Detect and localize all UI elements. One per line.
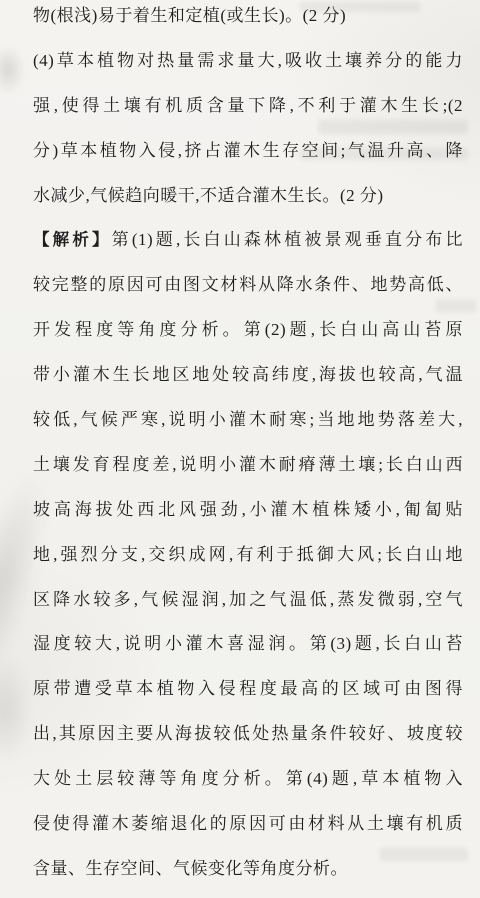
text-line: 侵使得灌木萎缩退化的原因可由材料从土壤有机质	[33, 802, 463, 847]
text-line: 带小灌木生长地区地处较高纬度,海拔也较高,气温	[33, 353, 463, 398]
text-line: 较完整的原因可由图文材料从降水条件、地势高低、	[33, 263, 463, 308]
answer-text-column: 物(根浅)易于着生和定植(或生长)。(2 分) (4)草本植物对热量需求量大,吸…	[33, 0, 463, 892]
text-line: (4)草本植物对热量需求量大,吸收土壤养分的能力	[33, 39, 463, 84]
text-line: 大处土层较薄等角度分析。第(4)题,草本植物入	[33, 757, 463, 802]
text-line: 地,强烈分支,交织成网,有利于抵御大风;长白山地	[33, 533, 463, 578]
scan-smudge	[0, 38, 30, 102]
text-line: 水减少,气候趋向暖干,不适合灌木生长。(2 分)	[33, 174, 463, 219]
text-line: 分)草本植物入侵,挤占灌木生存空间;气温升高、降	[33, 129, 463, 174]
text-line: 含量、生存空间、气候变化等角度分析。	[33, 847, 463, 892]
scanned-answer-page: 物(根浅)易于着生和定植(或生长)。(2 分) (4)草本植物对热量需求量大,吸…	[0, 0, 480, 898]
text-line: 开发程度等角度分析。第(2)题,长白山高山苔原	[33, 308, 463, 353]
text-line: 湿度较大,说明小灌木喜湿润。第(3)题,长白山苔	[33, 622, 463, 667]
text-line-analysis-start: 【解析】第(1)题,长白山森林植被景观垂直分布比	[33, 218, 463, 263]
analysis-label: 【解析】	[33, 231, 112, 249]
text-line: 区降水较多,气候湿润,加之气温低,蒸发微弱,空气	[33, 578, 463, 623]
text-line: 较低,气候严寒,说明小灌木耐寒;当地地势落差大,	[33, 398, 463, 443]
text-line: 强,使得土壤有机质含量下降,不利于灌木生长;(2	[33, 84, 463, 129]
text-line: 原带遭受草本植物入侵程度最高的区域可由图得	[33, 667, 463, 712]
text-line: 物(根浅)易于着生和定植(或生长)。(2 分)	[33, 0, 463, 39]
text-line: 土壤发育程度差,说明小灌木耐瘠薄土壤;长白山西	[33, 443, 463, 488]
analysis-text: 第(1)题,长白山森林植被景观垂直分布比	[112, 230, 463, 249]
text-line: 出,其原因主要从海拔较低处热量条件较好、坡度较	[33, 712, 463, 757]
text-line: 坡高海拔处西北风强劲,小灌木植株矮小,匍匐贴	[33, 488, 463, 533]
